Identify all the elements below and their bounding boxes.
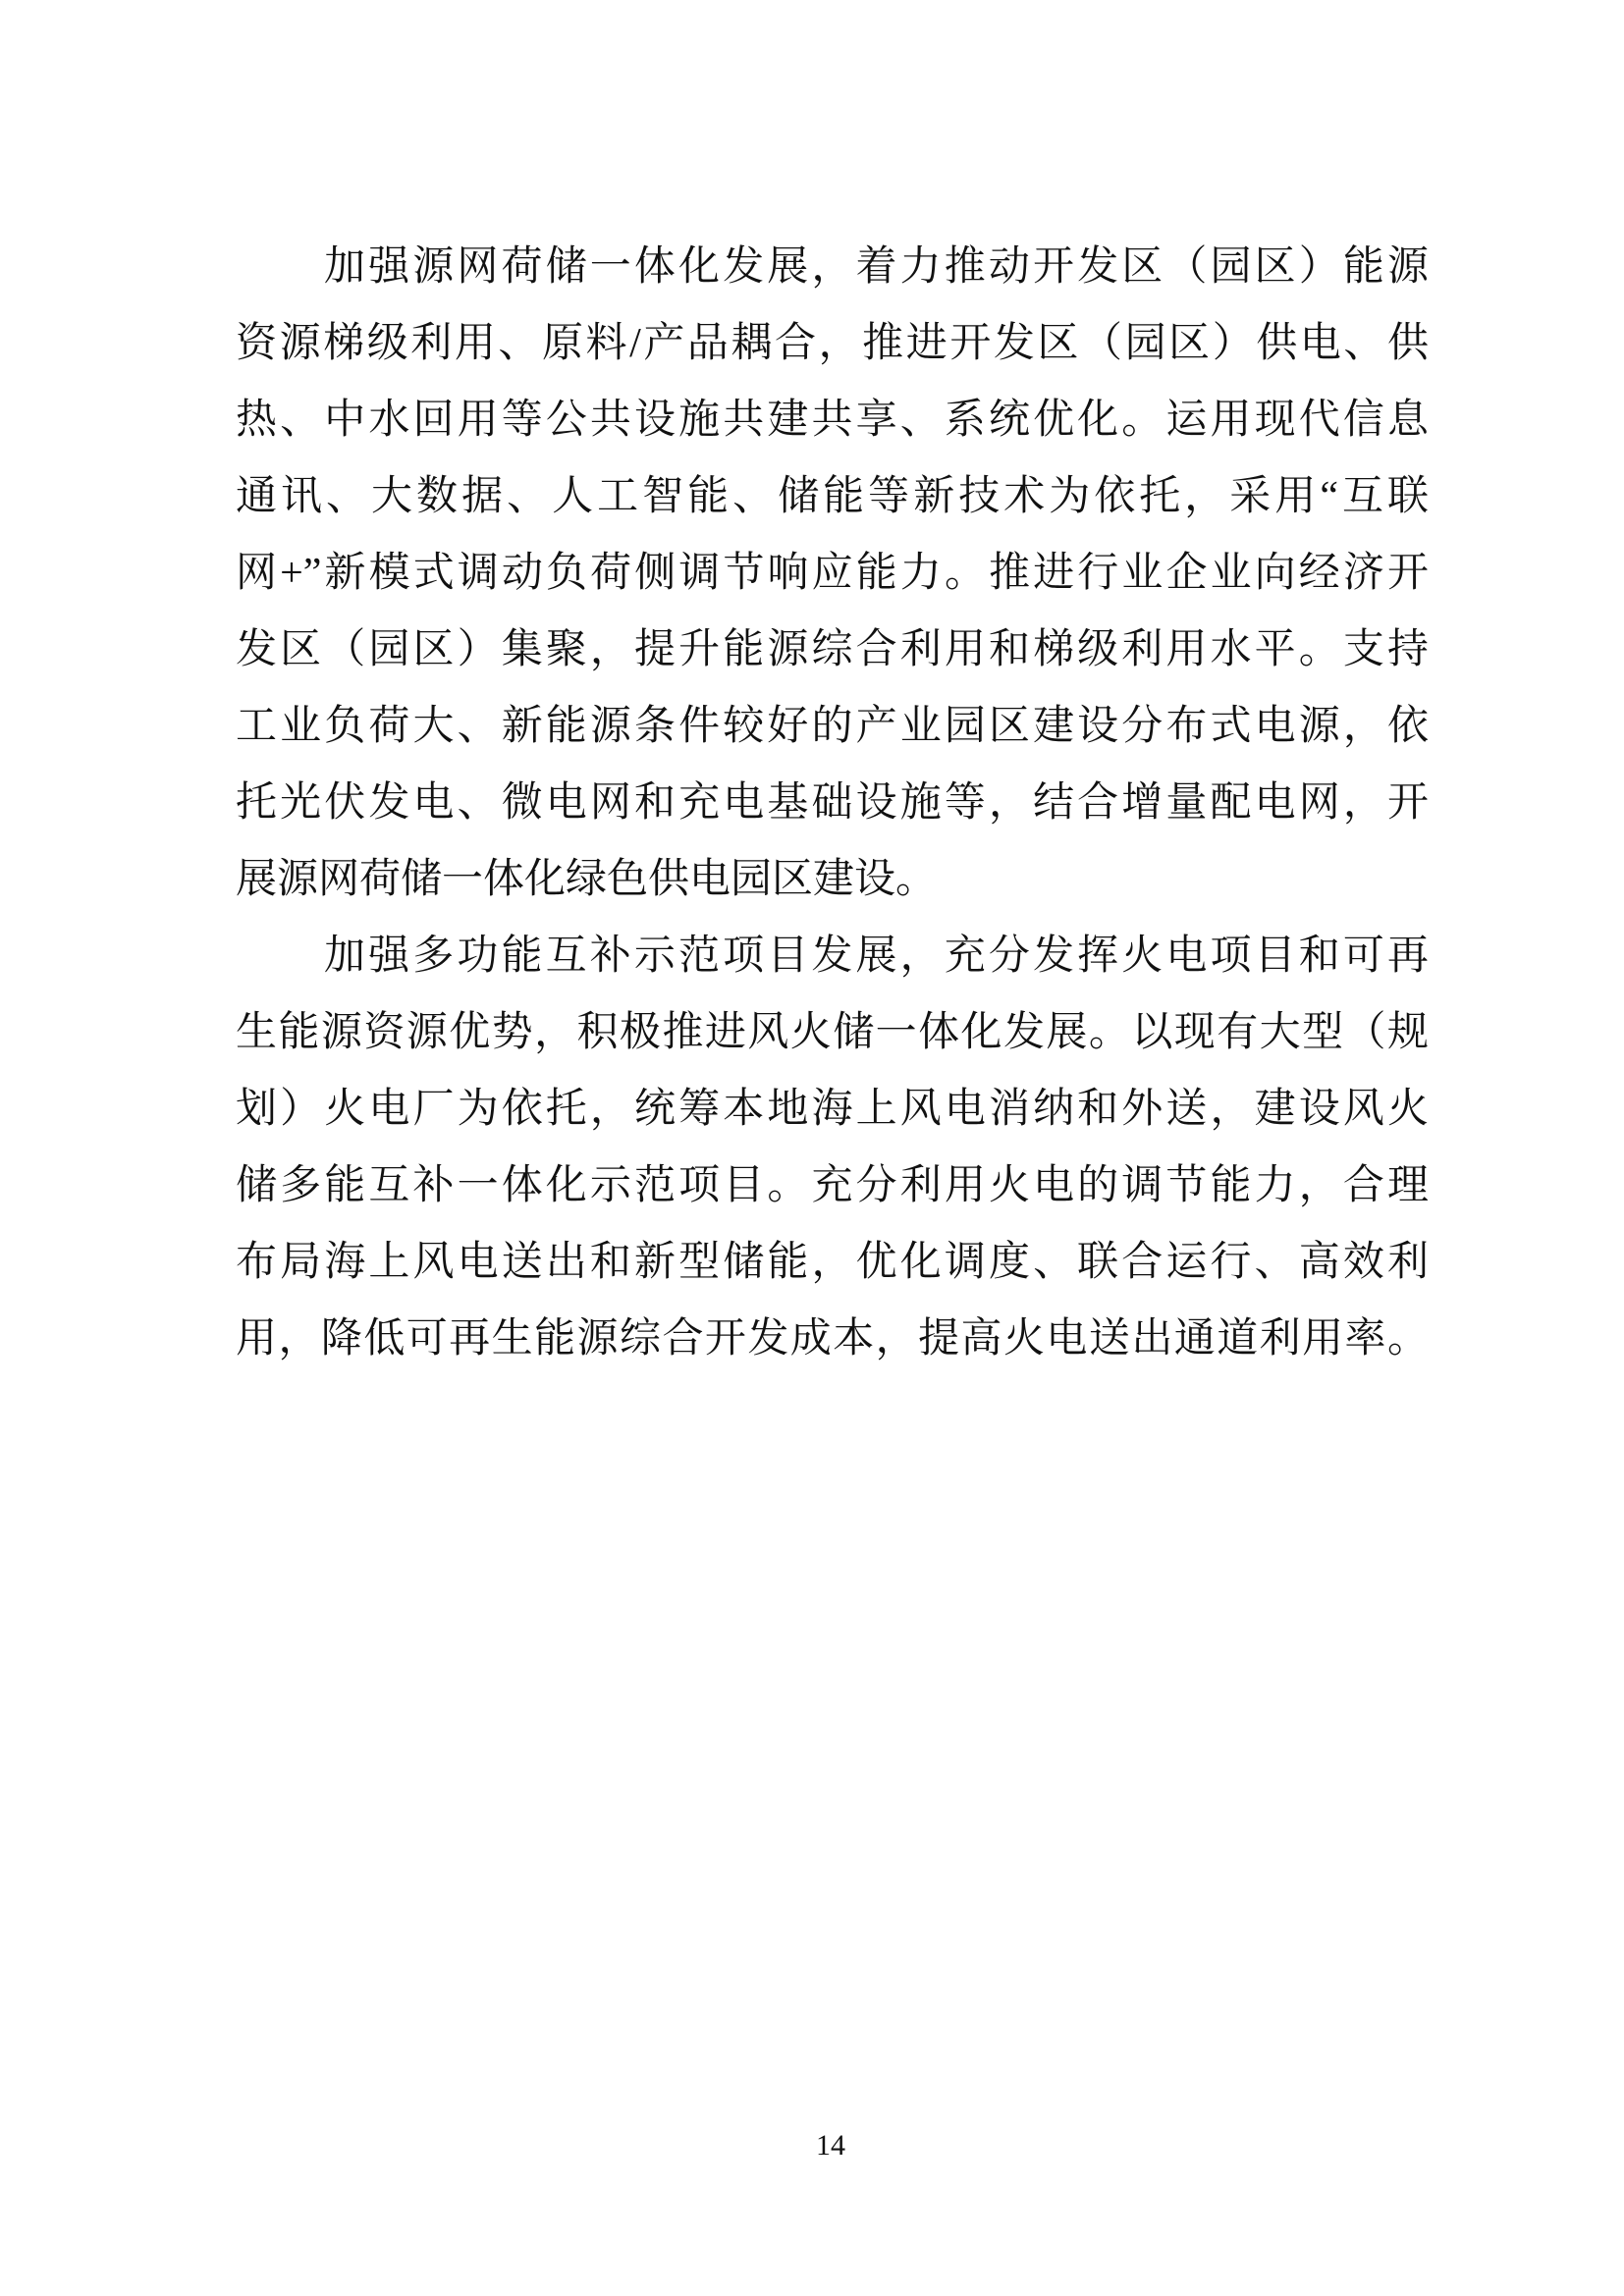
text-line: 托光伏发电、微电网和充电基础设施等，结合增量配电网，开 <box>236 765 1429 841</box>
paragraph-2: 加强多功能互补示范项目发展，充分发挥火电项目和可再 生能源资源优势，积极推进风火… <box>236 918 1429 1377</box>
document-page: 加强源网荷储一体化发展，着力推动开发区（园区）能源 资源梯级利用、原料/产品耦合… <box>0 0 1624 2296</box>
text-line: 生能源资源优势，积极推进风火储一体化发展。以现有大型（规 <box>236 994 1429 1071</box>
text-line: 展源网荷储一体化绿色供电园区建设。 <box>236 841 1429 918</box>
text-line: 热、中水回用等公共设施共建共享、系统优化。运用现代信息 <box>236 382 1429 458</box>
body-text: 加强源网荷储一体化发展，着力推动开发区（园区）能源 资源梯级利用、原料/产品耦合… <box>236 229 1429 1377</box>
text-line: 工业负荷大、新能源条件较好的产业园区建设分布式电源，依 <box>236 688 1429 765</box>
text-line: 发区（园区）集聚，提升能源综合利用和梯级利用水平。支持 <box>236 612 1429 688</box>
text-line: 加强多功能互补示范项目发展，充分发挥火电项目和可再 <box>236 918 1429 994</box>
text-line: 通讯、大数据、人工智能、储能等新技术为依托，采用“互联 <box>236 458 1429 535</box>
text-line: 划）火电厂为依托，统筹本地海上风电消纳和外送，建设风火 <box>236 1071 1429 1148</box>
text-line: 布局海上风电送出和新型储能，优化调度、联合运行、高效利 <box>236 1224 1429 1301</box>
text-line: 储多能互补一体化示范项目。充分利用火电的调节能力，合理 <box>236 1148 1429 1224</box>
paragraph-1: 加强源网荷储一体化发展，着力推动开发区（园区）能源 资源梯级利用、原料/产品耦合… <box>236 229 1429 918</box>
text-line: 加强源网荷储一体化发展，着力推动开发区（园区）能源 <box>236 229 1429 305</box>
text-line: 用，降低可再生能源综合开发成本，提高火电送出通道利用率。 <box>236 1301 1429 1377</box>
page-number: 14 <box>785 2126 876 2165</box>
text-line: 网+”新模式调动负荷侧调节响应能力。推进行业企业向经济开 <box>236 535 1429 612</box>
text-line: 资源梯级利用、原料/产品耦合，推进开发区（园区）供电、供 <box>236 305 1429 382</box>
